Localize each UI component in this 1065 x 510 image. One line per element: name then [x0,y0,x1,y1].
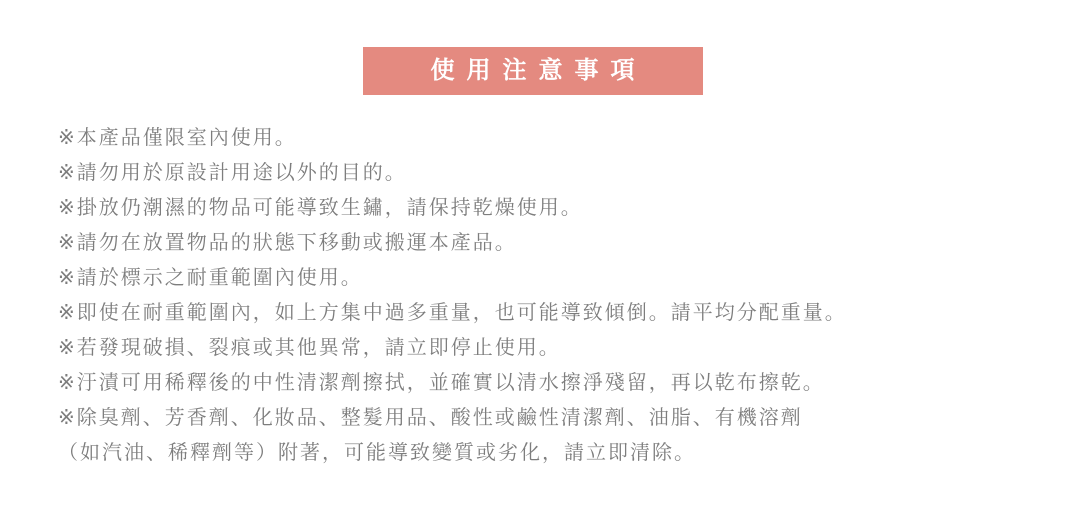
precautions-page: 使用注意事項 ※本產品僅限室內使用。 ※請勿用於原設計用途以外的目的。 ※掛放仍… [0,0,1065,510]
notice-line-damage-stop-use: ※若發現破損、裂痕或其他異常，請立即停止使用。 [58,331,1018,366]
notice-line-intended-purpose: ※請勿用於原設計用途以外的目的。 [58,156,1018,191]
precautions-banner: 使用注意事項 [363,47,703,95]
notice-line-indoor-use: ※本產品僅限室內使用。 [58,121,1018,156]
notice-line-weight-distribution: ※即使在耐重範圍內，如上方集中過多重量，也可能導致傾倒。請平均分配重量。 [58,296,1018,331]
notice-line-no-moving-loaded: ※請勿在放置物品的狀態下移動或搬運本產品。 [58,226,1018,261]
precautions-title: 使用注意事項 [419,59,647,83]
notice-line-chemicals-warning: ※除臭劑、芳香劑、化妝品、整髮用品、酸性或鹼性清潔劑、油脂、有機溶劑 [58,401,1018,436]
notice-line-wet-items-rust: ※掛放仍潮濕的物品可能導致生鏽，請保持乾燥使用。 [58,191,1018,226]
notice-line-chemicals-warning-continued: （如汽油、稀釋劑等）附著，可能導致變質或劣化，請立即清除。 [58,436,1018,471]
notice-line-cleaning-instructions: ※汙漬可用稀釋後的中性清潔劑擦拭，並確實以清水擦淨殘留，再以乾布擦乾。 [58,366,1018,401]
precautions-list: ※本產品僅限室內使用。 ※請勿用於原設計用途以外的目的。 ※掛放仍潮濕的物品可能… [58,121,1018,471]
notice-line-weight-limit: ※請於標示之耐重範圍內使用。 [58,261,1018,296]
